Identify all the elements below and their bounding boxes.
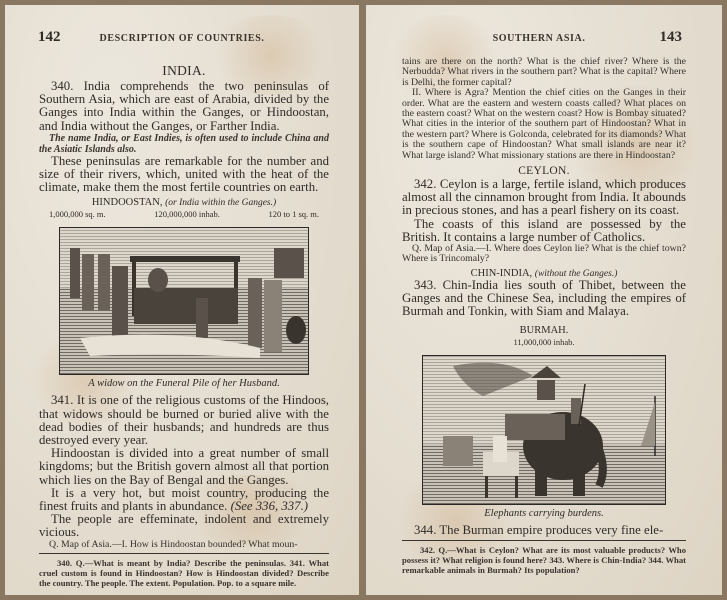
footnote-rule [39,553,329,554]
caption-funeral-pile: A widow on the Funeral Pile of her Husba… [39,378,329,389]
paragraph-divided: Hindoostan is divided into a great numbe… [39,447,329,487]
stat-population: 11,000,000 inhab. [513,337,574,347]
funeral-pile-engraving [59,227,309,375]
paragraph-hot: It is a very hot, but moist country, pro… [39,487,329,513]
page-number: 143 [660,29,683,46]
paragraph-340: 340. India comprehends the two peninsula… [39,80,329,133]
section-title-india: INDIA. [39,63,329,79]
caption-elephants: Elephants carrying burdens. [402,508,686,519]
paragraph-rivers: These peninsulas are remarkable for the … [39,155,329,195]
question-continued: tains are there on the north? What is th… [402,57,686,88]
paragraph-coasts: The coasts of this island are possessed … [402,218,686,244]
subsection-title-hindoostan: HINDOOSTAN, (or India within the Ganges.… [39,197,329,208]
stat-population: 120,000,000 inhab. [154,209,220,219]
paragraph-people: The people are effeminate, indolent and … [39,513,329,539]
left-page: 142 DESCRIPTION OF COUNTRIES. INDIA. 340… [5,5,359,595]
stat-density: 120 to 1 sq. m. [268,209,319,219]
elephants-engraving [422,355,666,505]
footnote-rule [402,540,686,541]
scan-frame: 142 DESCRIPTION OF COUNTRIES. INDIA. 340… [0,0,727,600]
hindoostan-stats: 1,000,000 sq. m. 120,000,000 inhab. 120 … [39,208,329,223]
paragraph-344: 344. The Burman empire produces very fin… [402,524,686,537]
question-ii: II. Where is Agra? Mention the chief cit… [402,88,686,161]
note-east-indies: The name India, or East Indies, is often… [39,133,329,155]
question-ceylon: Q. Map of Asia.—I. Where does Ceylon lie… [402,244,686,265]
footnote-questions: 342. Q.—What is Ceylon? What are its mos… [402,545,686,575]
right-page: SOUTHERN ASIA. 143 tains are there on th… [366,5,722,595]
paragraph-341: 341. It is one of the religious customs … [39,394,329,447]
question-hindoostan: Q. Map of Asia.—I. How is Hindoostan bou… [39,540,329,550]
funeral-pile-illustration-icon [60,228,309,375]
footnote-questions: 340. Q.—What is meant by India? Describe… [39,558,329,588]
section-title-burmah: BURMAH. [402,325,686,336]
paragraph-343: 343. Chin-India lies south of Thibet, be… [402,279,686,319]
paragraph-342: 342. Ceylon is a large, fertile island, … [402,178,686,218]
running-head: DESCRIPTION OF COUNTRIES. [5,33,359,44]
elephants-illustration-icon [423,356,666,505]
burmah-stats: 11,000,000 inhab. [402,336,686,351]
section-title-ceylon: CEYLON. [402,165,686,177]
stat-area: 1,000,000 sq. m. [49,209,106,219]
